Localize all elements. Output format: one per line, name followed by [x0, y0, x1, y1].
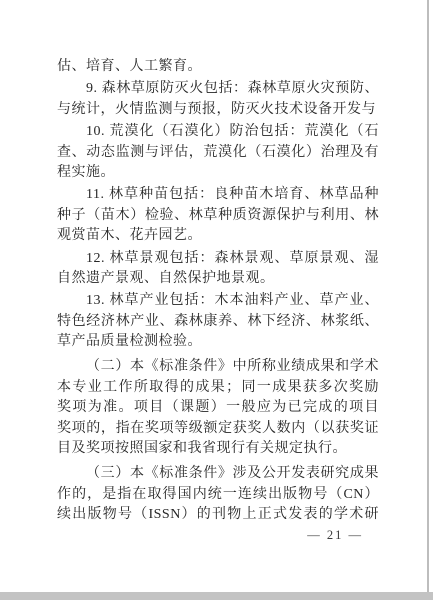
page-right-edge — [427, 0, 429, 592]
text-line: 观赏苗木、花卉园艺。 — [57, 226, 379, 246]
text-line: 查、动态监测与评估，荒漠化（石漠化）治理及有关重点生态工 — [57, 143, 379, 163]
page-number: — 21 — — [307, 528, 363, 543]
text-line: 9. 森林草原防灭火包括：森林草原火灾预防、扑救、调查 — [57, 79, 379, 99]
paragraph: （三）本《标准条件》涉及公开发表研究成果或出版学术著作的，是指在取得国内统一连续… — [57, 464, 379, 525]
paragraph: 13. 林草产业包括：木本油料产业、草产业、木竹材产业、特色经济林产业、森林康养… — [57, 291, 379, 352]
text-line: 13. 林草产业包括：木本油料产业、草产业、木竹材产业、 — [57, 291, 379, 311]
text-line: 本专业工作所取得的成果；同一成果获多次奖励的，以其中最高 — [57, 378, 379, 398]
text-line: 作的，是指在取得国内统一连续出版物号（CN）或国际标准连 — [57, 485, 379, 505]
paragraph: 估、培育、人工繁育。 — [57, 57, 379, 77]
paragraph: 10. 荒漠化（石漠化）防治包括：荒漠化（石漠化）资源调查、动态监测与评估，荒漠… — [57, 122, 379, 183]
text-line: 种子（苗木）检验、林草种质资源保护与利用、林草良种推广、 — [57, 206, 379, 226]
text-line: 奖项为准。项目（课题）一般应为已完成的项目（课题）。涉及 — [57, 398, 379, 418]
page-bottom-edge — [0, 592, 433, 600]
text-line: 11. 林草种苗包括：良种苗木培育、林草品种选育及繁育、 — [57, 185, 379, 205]
text-line: 自然遗产景观、自然保护地景观。 — [57, 269, 379, 289]
paragraph: 11. 林草种苗包括：良种苗木培育、林草品种选育及繁育、种子（苗木）检验、林草种… — [57, 185, 379, 246]
text-line: 与统计，火情监测与预报，防灭火技术设备开发与推广应用。 — [57, 100, 379, 120]
text-line: （三）本《标准条件》涉及公开发表研究成果或出版学术著 — [57, 464, 379, 484]
paragraph: 12. 林草景观包括：森林景观、草原景观、湿地景观、世界自然遗产景观、自然保护地… — [57, 249, 379, 290]
document-page: 估、培育、人工繁育。9. 森林草原防灭火包括：森林草原火灾预防、扑救、调查与统计… — [0, 0, 433, 600]
text-line: 奖项的，指在奖项等级额定获奖人数内（以获奖证书为准）。项 — [57, 419, 379, 439]
text-line: 特色经济林产业、森林康养、林下经济、林浆纸、林产化工、林 — [57, 312, 379, 332]
text-line: （二）本《标准条件》中所称业绩成果和学术成果是指从事 — [57, 357, 379, 377]
text-line: 程实施。 — [57, 163, 379, 183]
paragraph: 9. 森林草原防灭火包括：森林草原火灾预防、扑救、调查与统计，火情监测与预报，防… — [57, 79, 379, 120]
text-line: 草产品质量检测检验。 — [57, 332, 379, 352]
text-line: 估、培育、人工繁育。 — [57, 57, 379, 77]
text-line: 目及奖项按照国家和我省现行有关规定执行。 — [57, 439, 379, 459]
paragraph: （二）本《标准条件》中所称业绩成果和学术成果是指从事本专业工作所取得的成果；同一… — [57, 357, 379, 459]
text-body: 估、培育、人工繁育。9. 森林草原防灭火包括：森林草原火灾预防、扑救、调查与统计… — [57, 57, 379, 526]
text-line: 10. 荒漠化（石漠化）防治包括：荒漠化（石漠化）资源调 — [57, 122, 379, 142]
text-line: 12. 林草景观包括：森林景观、草原景观、湿地景观、世界 — [57, 249, 379, 269]
text-line: 续出版物号（ISSN）的刊物上正式发表的学术研究成果或取得 — [57, 505, 379, 525]
